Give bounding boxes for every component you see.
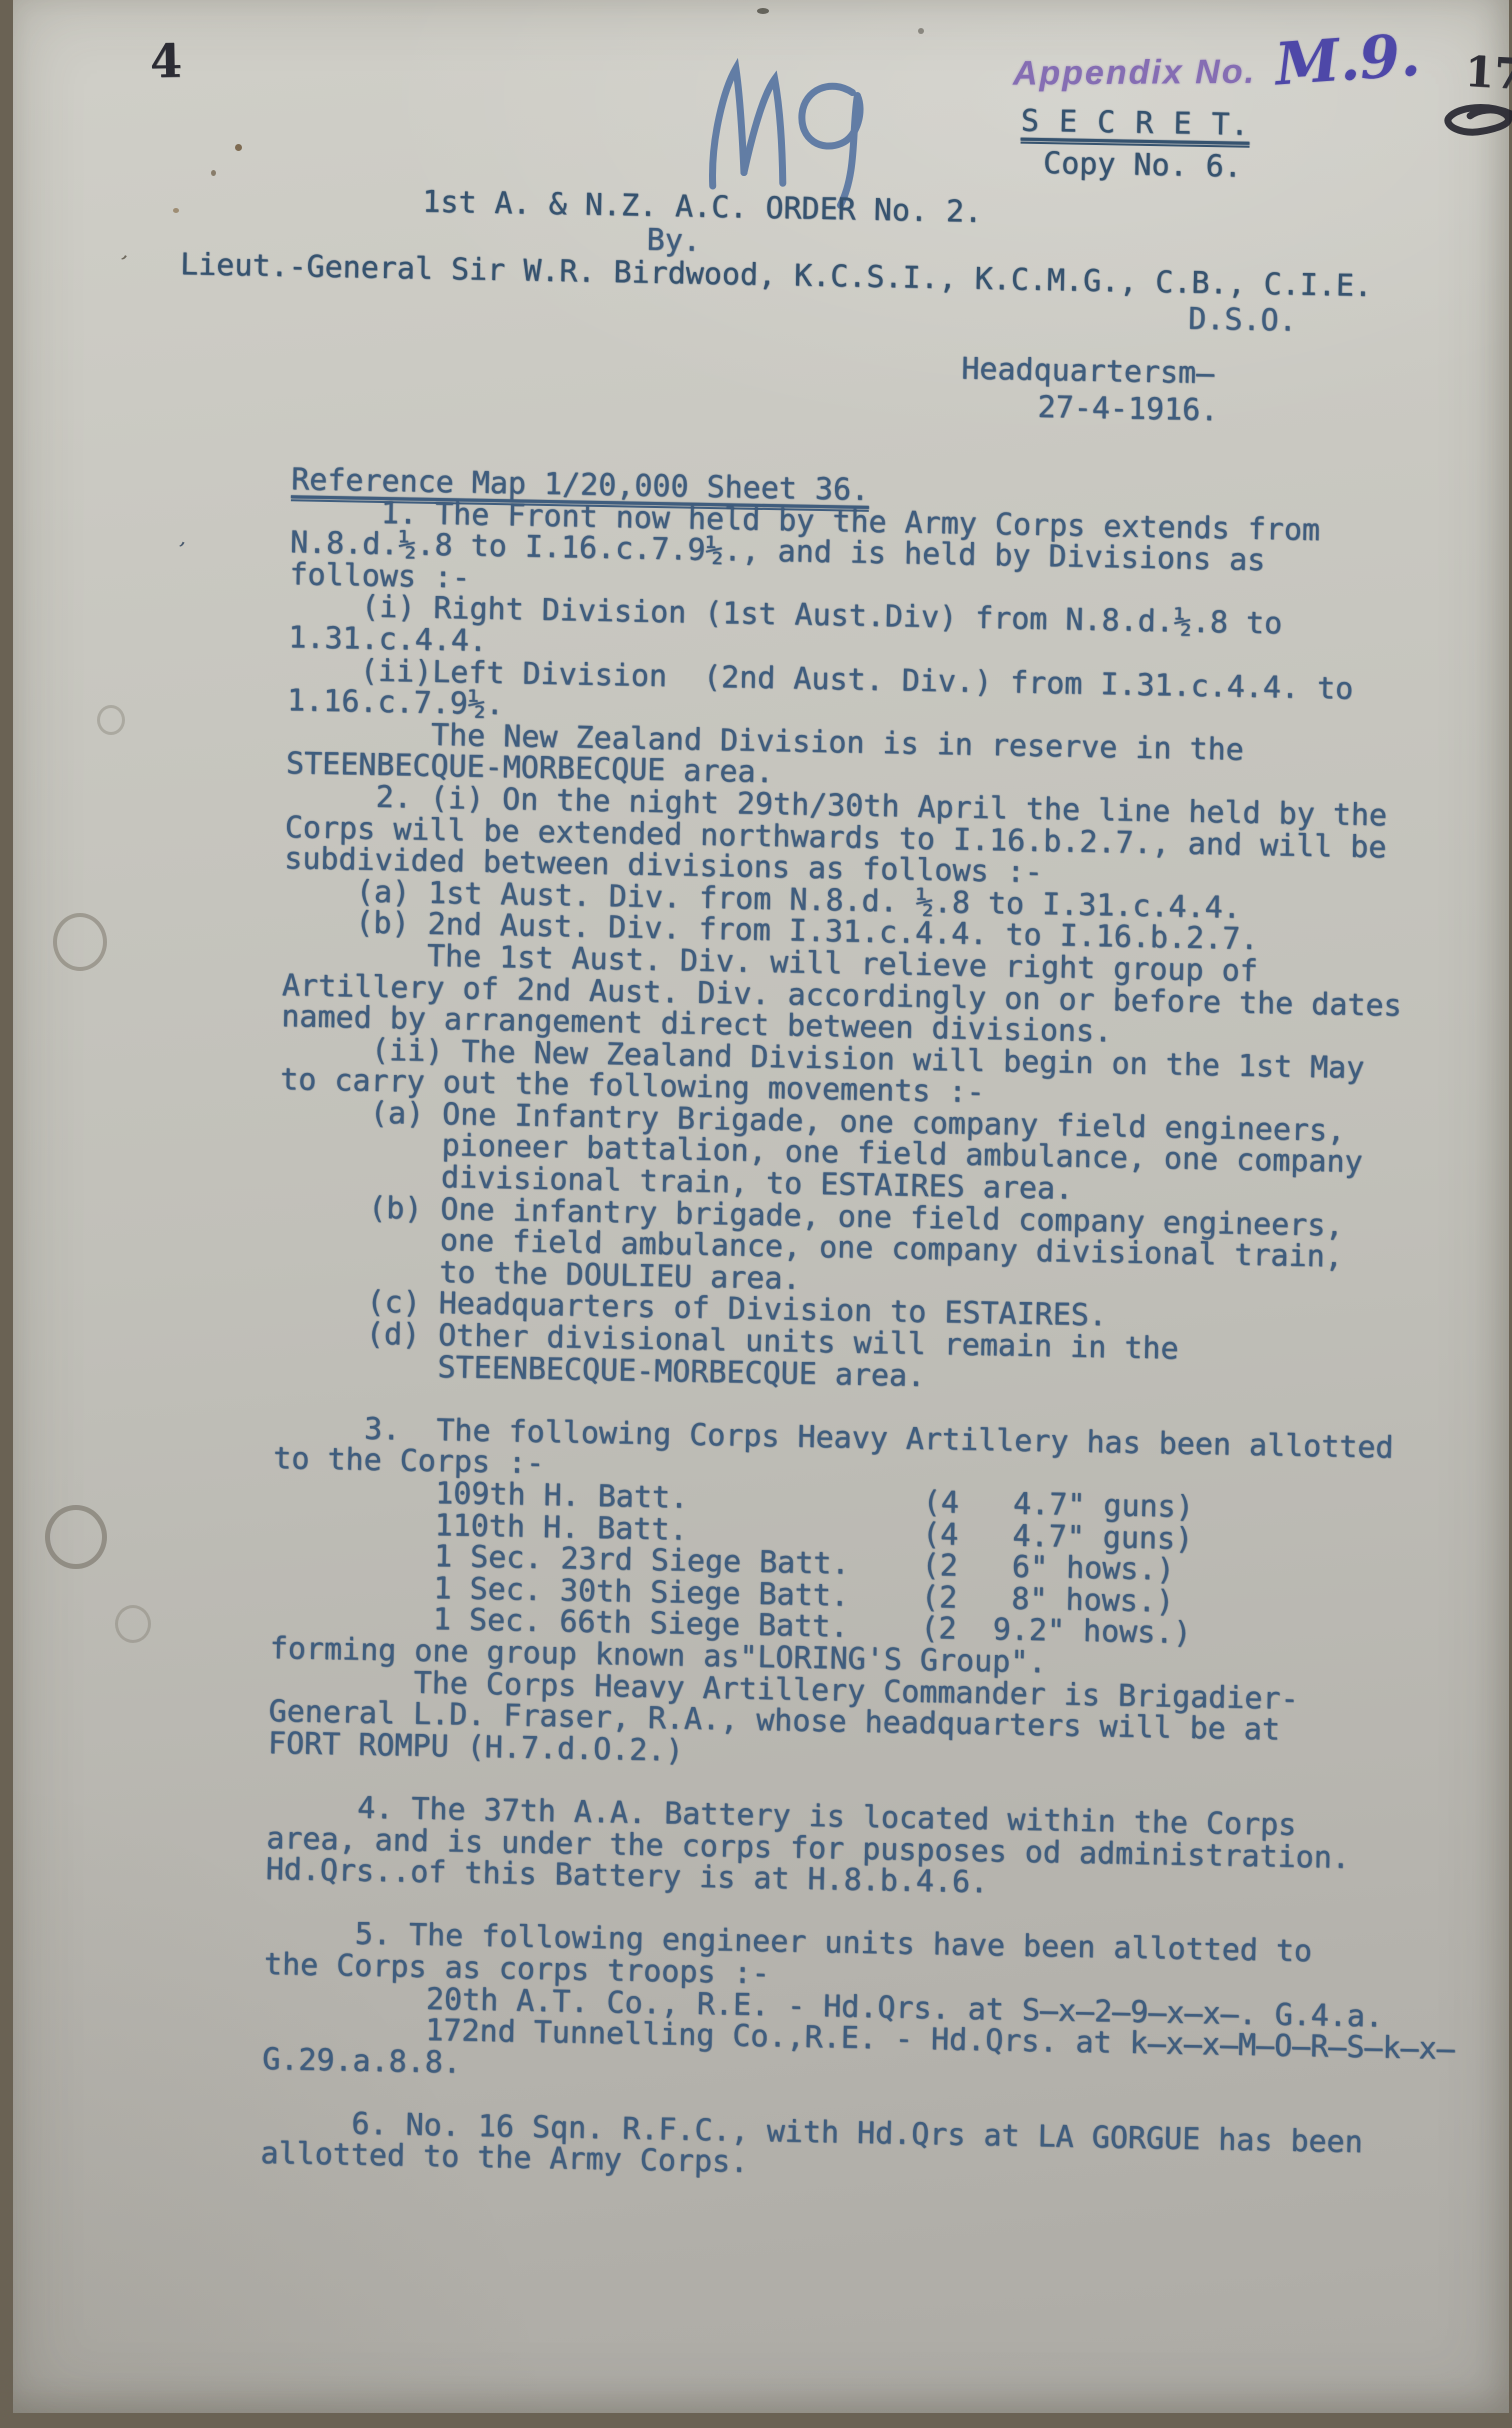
signatory-line: Lieut.-General Sir W.R. Birdwood, K.C.S.… [180,249,1372,302]
typed-content-layer: 4 Appendix No. M.9. 17 S E C R E T. Copy… [0,0,1512,2427]
pencil-scribble-icon [1440,101,1512,145]
document-photo: 4 Appendix No. M.9. 17 S E C R E T. Copy… [0,0,1512,2428]
classification-text: S E C R E T. [1021,104,1250,148]
classification-line: S E C R E T. [1021,106,1250,142]
paper-sheet: 4 Appendix No. M.9. 17 S E C R E T. Copy… [13,0,1509,2413]
handwritten-appendix-number: M.9. [1273,21,1422,99]
by-line: By. [646,225,701,258]
pencil-folio-number: 17 [1464,47,1512,99]
body-lines: Reference Map 1/20,000 Sheet 36. 1. The … [260,464,1483,2192]
signatory-suffix: D.S.O. [1188,304,1297,338]
date-line: 27-4-1916. [1037,392,1218,427]
place-line: Headquartersm̶ [961,354,1214,390]
order-title: 1st A. & N.Z. A.C. ORDER No. 2. [422,187,982,229]
ink-mark: ’ [112,251,130,276]
appendix-stamp: Appendix No. [1013,53,1256,94]
pencil-page-number: 4 [149,34,182,89]
copy-number-line: Copy No. 6. [1043,148,1242,183]
ink-mark: ’ [172,538,188,564]
